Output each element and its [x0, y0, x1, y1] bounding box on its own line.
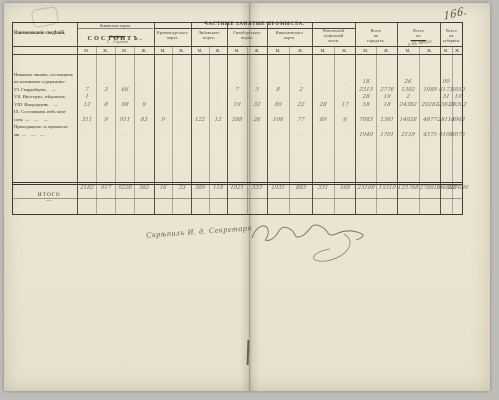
cell-value: 26 [388, 79, 429, 85]
cell-leader-dot: . [159, 96, 167, 101]
row-label: Нижнихъ чиновъ, состоящихъ [14, 72, 73, 77]
subcolumn-letter: Ж. [295, 48, 307, 53]
cell-leader-dot: . [102, 133, 110, 138]
subcolumn-letter: М. [194, 48, 206, 53]
column-group-header-line: губерніи. [440, 38, 463, 43]
cell-leader-dot: . [140, 133, 148, 138]
row-label: ми — — — [14, 132, 45, 137]
subcolumn-letter: М. [157, 48, 169, 53]
cell-leader-dot: . [274, 133, 282, 138]
subcolumn-letter: Ж. [424, 48, 436, 53]
cell-leader-dot: . [121, 133, 129, 138]
total-cell-value: 287630 [437, 185, 478, 191]
subcolumn-letter: Ж. [381, 48, 393, 53]
cell-leader-dot: . [140, 81, 148, 86]
subcolumn-letter: М. [231, 48, 243, 53]
cell-leader-dot: . [319, 81, 327, 86]
column-group-header: Свеаборгскагопорта. [227, 30, 267, 40]
cell-leader-dot: . [253, 81, 261, 86]
cell-leader-dot: . [159, 103, 167, 108]
row-label: IX. Состоящихъ избъ запа- [14, 109, 66, 114]
column-group-header: Всеговъгуберніи. [440, 28, 463, 43]
cell-leader-dot: . [159, 133, 167, 138]
column-group-header: Либавскагопорта. [191, 30, 227, 40]
cell-leader-dot: . [159, 81, 167, 86]
subcolumn-letter: Ж. [452, 48, 464, 53]
cell-leader-dot: . [121, 96, 129, 101]
subcolumn-letter: М. [119, 48, 131, 53]
cell-value: 66 [104, 87, 145, 93]
cell-leader-dot: . [196, 81, 204, 86]
row-label: Приходящихъ съ промысла- [14, 124, 69, 129]
cell-value: 5850 [437, 87, 478, 93]
subcolumn-letter: М. [272, 48, 284, 53]
cell-leader-dot: . [178, 133, 186, 138]
subcolumn-letter: Ж. [339, 48, 351, 53]
row-label: VI. Гвардейцевъ. — [14, 87, 56, 92]
cell-leader-dot: . [140, 96, 148, 101]
cell-leader-dot: . [233, 96, 241, 101]
cell-leader-dot: . [140, 88, 148, 93]
cell-leader-dot: . [178, 103, 186, 108]
subcolumn-letter: Ж. [138, 48, 150, 53]
cell-value: 4968 [437, 117, 478, 123]
column-group-header-line: порта. [267, 35, 312, 40]
row-label: совъ — — — [14, 117, 48, 122]
cell-leader-dot: . [102, 81, 110, 86]
cell-leader-dot: . [83, 133, 91, 138]
row-label-header: Наименованіе сведѣній. [14, 30, 65, 36]
subcolumn-letter: М. [317, 48, 329, 53]
column-group-header-line: порта. [154, 35, 191, 40]
cell-leader-dot: . [83, 81, 91, 86]
cell-value: 2 [388, 94, 429, 100]
column-group-header-line: порта. [227, 35, 267, 40]
horizontal-rule [12, 198, 463, 199]
subcolumn-letter: Ж. [251, 48, 263, 53]
cell-leader-dot: . [196, 88, 204, 93]
cell-leader-dot: . [214, 81, 222, 86]
cell-leader-dot: . [297, 133, 305, 138]
cell-leader-dot: . [196, 96, 204, 101]
cell-leader-dot: . [178, 81, 186, 86]
cell-leader-dot: . [196, 103, 204, 108]
cell-leader-dot: . [253, 96, 261, 101]
cell-value: 18 [345, 79, 386, 85]
band-title: ЧАСТНЫЕ ЗАНЯТЫЕ ПРОМЫСЛА. [154, 22, 355, 27]
group1-title: СОСТОИТЪ. [77, 35, 154, 42]
row-label: на казенномъ содержаніи:- [14, 79, 66, 84]
subcolumn-letter: Ж. [100, 48, 112, 53]
subcolumn-letter: М. [402, 48, 414, 53]
column-group-header: Ревельскойотдѣльнойчасти. [312, 28, 355, 43]
cell-leader-dot: . [214, 133, 222, 138]
cell-leader-dot: . [233, 81, 241, 86]
cell-leader-dot: . [297, 96, 305, 101]
horizontal-rule [12, 182, 463, 183]
cell-value: 19 [437, 94, 478, 100]
cell-leader-dot: . [214, 96, 222, 101]
subcolumn-letter: Ж. [212, 48, 224, 53]
cell-leader-dot: . [178, 96, 186, 101]
cell-leader-dot: . [319, 96, 327, 101]
subcolumn-letter: Ж. [176, 48, 188, 53]
subcolumn-letter: М. [81, 48, 93, 53]
cell-value: 29302 [437, 102, 478, 108]
row-label: VII. Иностран., вѣдомыхъ. [14, 94, 66, 99]
horizontal-rule [12, 54, 463, 55]
signature-flourish [246, 212, 376, 262]
cell-leader-dot: . [102, 96, 110, 101]
column-group-header-line: части. [312, 38, 355, 43]
cell-leader-dot: . [196, 133, 204, 138]
cell-leader-dot: . [159, 88, 167, 93]
cell-leader-dot: . [178, 88, 186, 93]
column-group-header: Кронштадтскагопорта. [154, 30, 191, 40]
cell-leader-dot: . [319, 133, 327, 138]
cell-leader-dot: . [319, 88, 327, 93]
cell-leader-dot: . [454, 81, 462, 86]
cell-value: 8076 [437, 132, 478, 138]
cell-leader-dot: . [297, 81, 305, 86]
subcolumn-letter: М. [440, 48, 452, 53]
cell-value: 2 [280, 87, 321, 93]
cell-leader-dot: . [121, 81, 129, 86]
cell-leader-dot: . [274, 81, 282, 86]
column-group-header: Николаевскагопорта. [267, 30, 312, 40]
subcolumn-letter: М. [360, 48, 372, 53]
cell-leader-dot: . [274, 96, 282, 101]
statistical-table: ЧАСТНЫЕ ЗАНЯТЫЕ ПРОМЫСЛА. Наименованіе с… [0, 0, 499, 400]
column-group-header-line: порта. [191, 35, 227, 40]
cell-leader-dot: . [253, 133, 261, 138]
column-group-header: Всеговъгородахъ. [355, 28, 397, 43]
cell-leader-dot: . [233, 133, 241, 138]
row-label: VIII. Инородцевъ. — [14, 102, 58, 107]
column-group-header-line: городахъ. [355, 38, 397, 43]
